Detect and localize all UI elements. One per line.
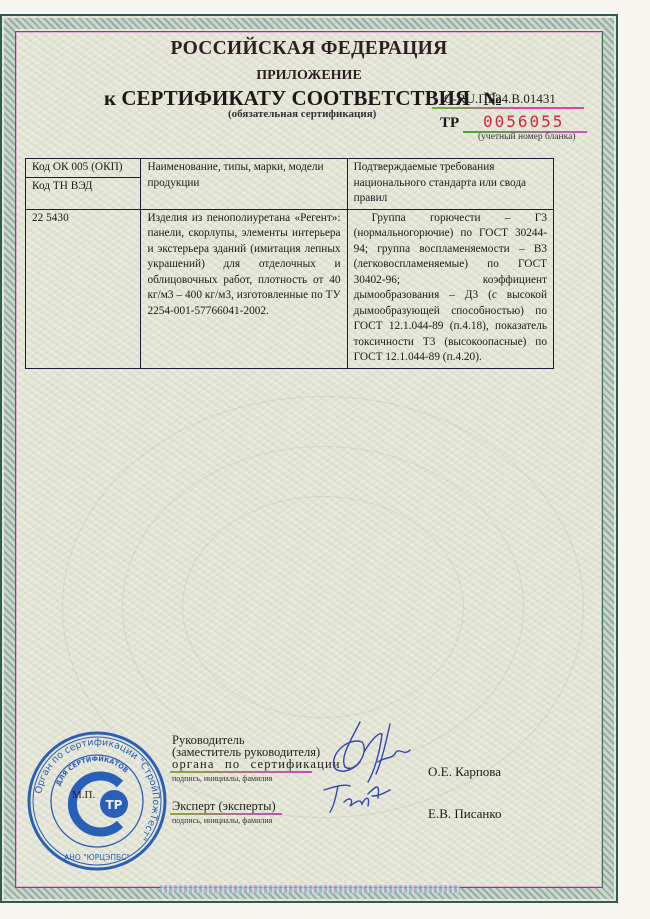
head-signature-line [170,771,312,773]
certificate-title-text: к СЕРТИФИКАТУ СООТВЕТСТВИЯ [104,86,470,110]
footer-microtext-strip [160,885,460,893]
organization-seal: Орган по сертификации "СтройПожТест" ДЛЯ… [22,726,172,876]
seal-bottom-text: АНО "ЮРЦЭПБС" [64,853,130,862]
header-requirements: Подтверждаемые требования национального … [347,159,553,210]
expert-label: Эксперт (эксперты) [172,800,276,813]
head-caption: подпись, инициалы, фамилия [172,774,272,783]
header-codes: Код ОК 005 (ОКП) Код ТН ВЭД [26,159,141,210]
cell-code-okp: 22 5430 [26,209,141,368]
stamp-mark: М.П. [72,789,95,801]
seal-logo-text: ТР [106,798,123,812]
cell-requirements: Группа горючести – Г3 (нормальногорючие)… [347,209,553,368]
blank-number-caption: (учетный номер бланка) [478,132,575,142]
table-row: 22 5430 Изделия из пенополиуретана «Реге… [26,209,554,368]
specification-table: Код ОК 005 (ОКП) Код ТН ВЭД Наименование… [25,158,554,369]
blank-number: 0056055 [483,112,564,131]
header-product: Наименование, типы, марки, модели продук… [141,159,347,210]
header-code-tnved: Код ТН ВЭД [26,177,140,195]
background-pattern [182,496,464,718]
signature-scribble [320,712,430,822]
expert-signature-line [170,813,282,815]
header-code-okp: Код ОК 005 (ОКП) [32,160,134,176]
certificate-number-underline [432,107,584,109]
expert-caption: подпись, инициалы, фамилия [172,816,272,825]
table-header-row: Код ОК 005 (ОКП) Код ТН ВЭД Наименование… [26,159,554,210]
certification-type: (обязательная сертификация) [228,108,376,120]
appendix-heading: ПРИЛОЖЕНИЕ [0,68,618,84]
expert-name: Е.В. Писанко [428,806,502,822]
cell-product: Изделия из пенополиуретана «Регент»: пан… [141,209,347,368]
head-name: О.Е. Карпова [428,764,501,780]
head-label-3: органа по сертификации [172,758,341,771]
series-label: ТР [440,115,459,132]
country-heading: РОССИЙСКАЯ ФЕДЕРАЦИЯ [0,38,618,60]
certificate-number: С-RU.ПБ24.В.01431 [444,91,556,107]
